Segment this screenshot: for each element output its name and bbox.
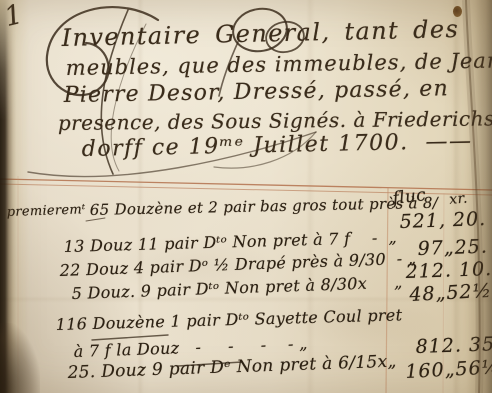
ledger-first-item-label: premieremᵗ — [6, 202, 85, 220]
manuscript-page: 1 Inventaire General, tant des meubles, … — [0, 0, 492, 393]
heading-line-1: Inventaire General, tant des — [61, 15, 459, 52]
heading-line-3: Pierre Desor, Dressé, passé, en — [64, 76, 450, 108]
ink-stain — [453, 6, 462, 17]
book-gutter-corner-shadow — [0, 323, 40, 393]
page-right-edge-shadow — [466, 0, 492, 393]
ledger-row-5-description-line-1: 116 Douzène 1 pair Dᵗᵒ Sayette Coul pret — [55, 305, 402, 334]
ledger-row-1-description: 65 Douzène et 2 pair bas gros tout près … — [90, 194, 439, 219]
heading-line-2: meubles, que des immeubles, de Jean — [66, 48, 492, 80]
